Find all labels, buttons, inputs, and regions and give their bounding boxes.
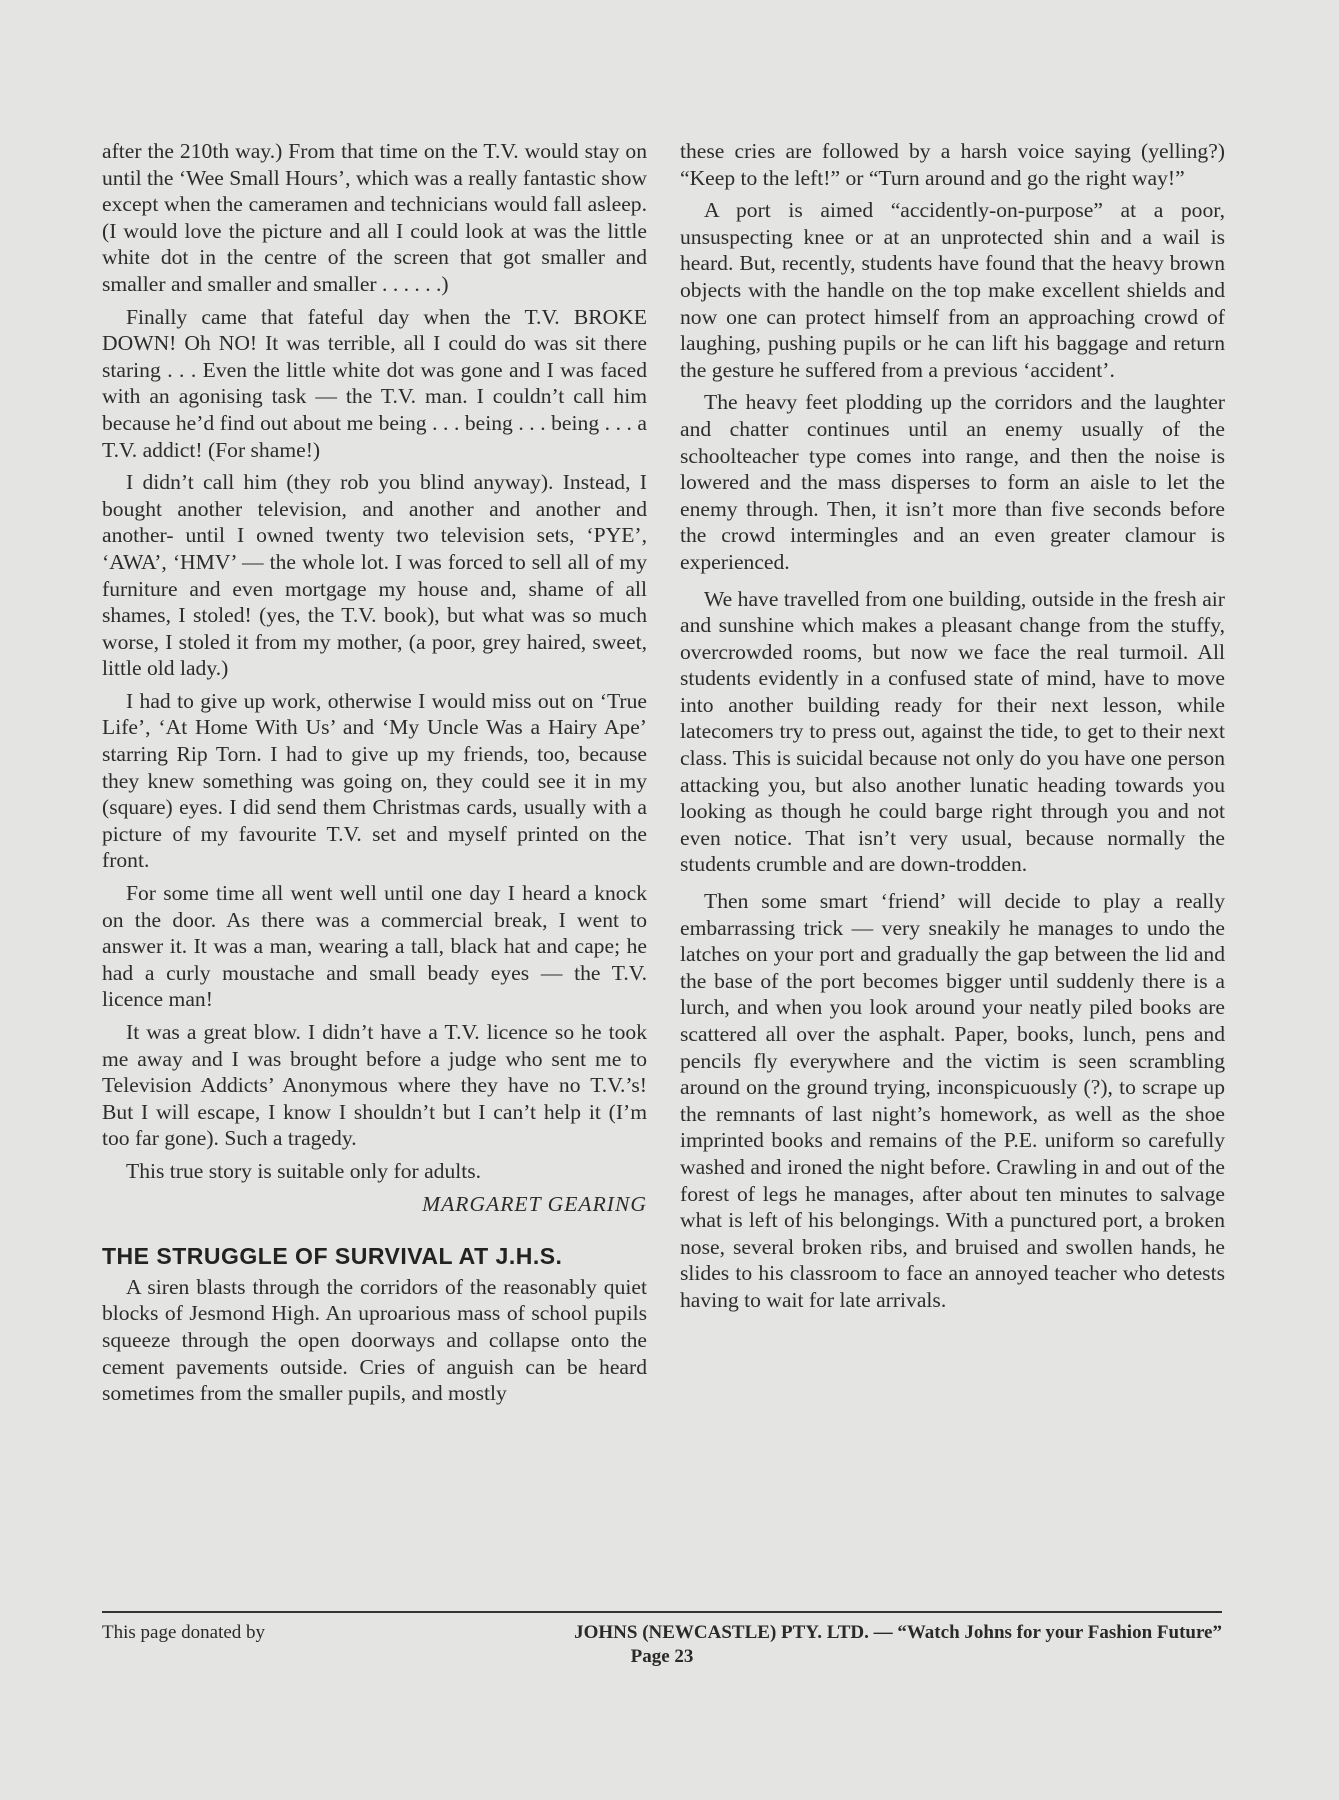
- section-heading: THE STRUGGLE OF SURVIVAL AT J.H.S.: [102, 1243, 647, 1270]
- author-signature: MARGARET GEARING: [102, 1191, 647, 1218]
- paragraph: these cries are followed by a harsh voic…: [680, 138, 1225, 191]
- paragraph: The heavy feet plodding up the corridors…: [680, 389, 1225, 575]
- sponsor-text: JOHNS (NEWCASTLE) PTY. LTD. — “Watch Joh…: [574, 1622, 1222, 1644]
- paragraph: I didn’t call him (they rob you blind an…: [102, 469, 647, 682]
- right-column: these cries are followed by a harsh voic…: [680, 138, 1225, 1320]
- paragraph: It was a great blow. I didn’t have a T.V…: [102, 1019, 647, 1152]
- paragraph: A siren blasts through the corridors of …: [102, 1274, 647, 1407]
- paragraph: A port is aimed “accidently-on-purpose” …: [680, 197, 1225, 383]
- donation-label: This page donated by: [102, 1622, 265, 1644]
- left-column: after the 210th way.) From that time on …: [102, 138, 647, 1413]
- paragraph: after the 210th way.) From that time on …: [102, 138, 647, 298]
- footer-divider: [102, 1611, 1222, 1613]
- paragraph: We have travelled from one building, out…: [680, 586, 1225, 879]
- page-number: Page 23: [102, 1646, 1222, 1668]
- paragraph: I had to give up work, otherwise I would…: [102, 688, 647, 874]
- paragraph: For some time all went well until one da…: [102, 880, 647, 1013]
- paragraph: Then some smart ‘friend’ will decide to …: [680, 888, 1225, 1314]
- page-footer: This page donated by JOHNS (NEWCASTLE) P…: [102, 1622, 1222, 1668]
- paragraph: Finally came that fateful day when the T…: [102, 304, 647, 464]
- paragraph: This true story is suitable only for adu…: [102, 1158, 647, 1185]
- magazine-page: after the 210th way.) From that time on …: [0, 0, 1339, 1800]
